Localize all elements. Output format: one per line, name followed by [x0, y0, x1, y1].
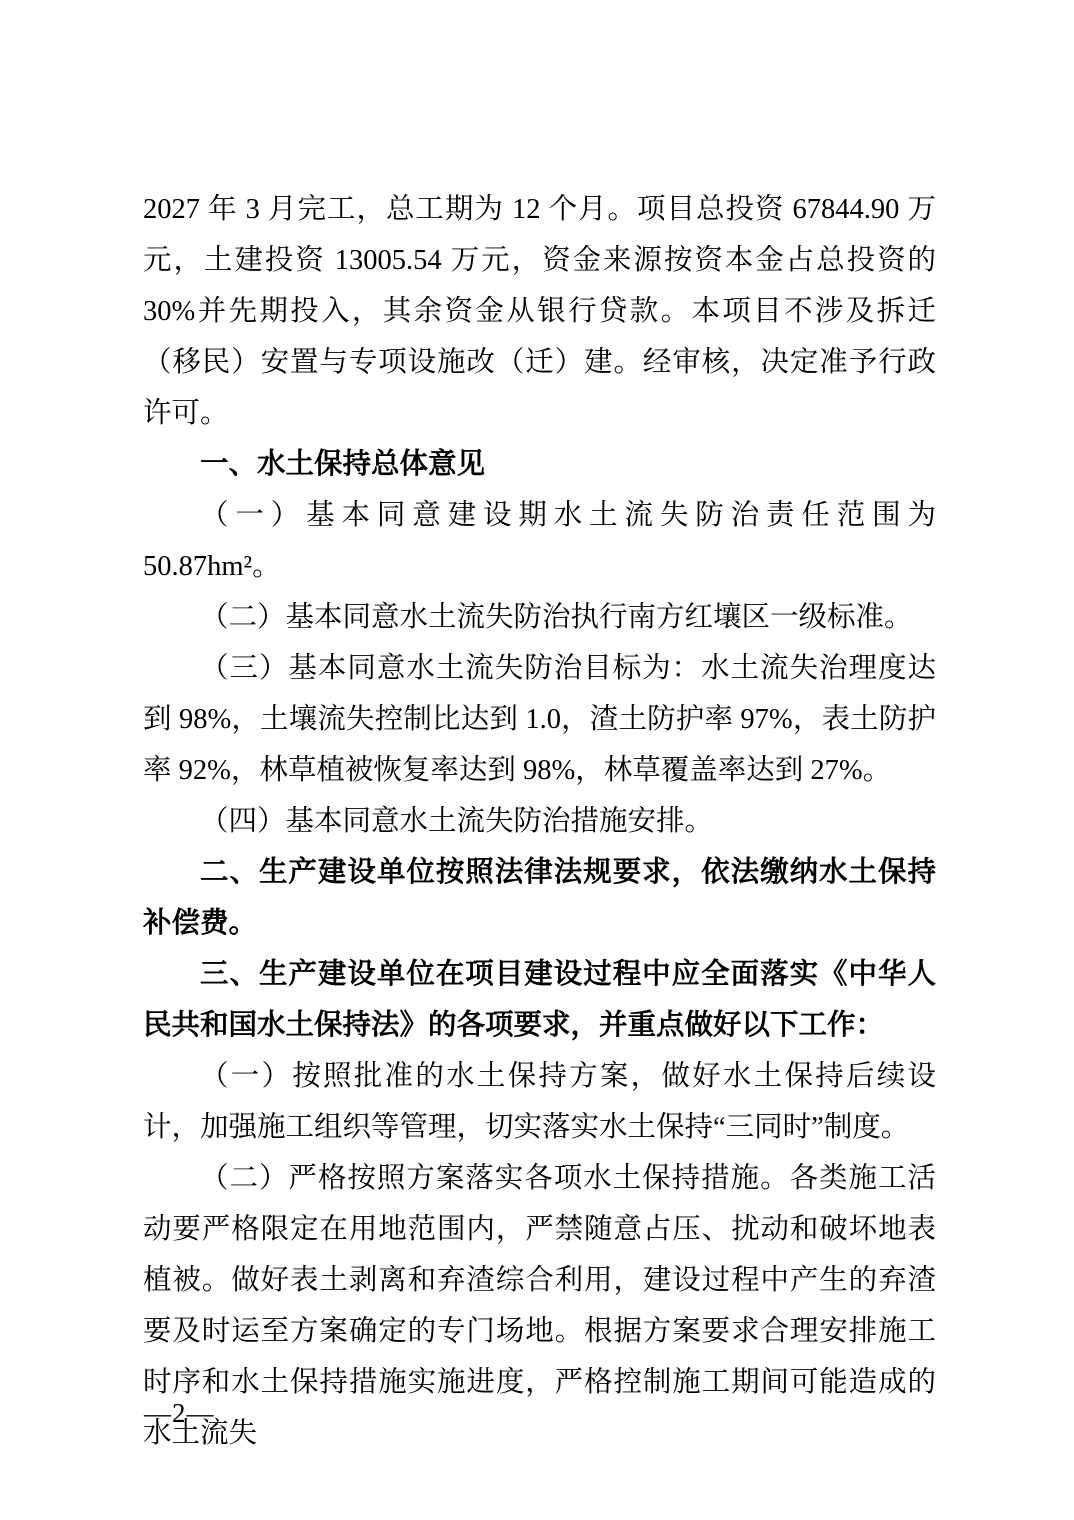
paragraph-item-3-2: （二）严格按照方案落实各项水土保持措施。各类施工活动要严格限定在用地范围内，严禁… [143, 1153, 936, 1459]
paragraph-item-3-1: （一）按照批准的水土保持方案，做好水土保持后续设计，加强施工组织等管理，切实落实… [143, 1051, 936, 1153]
section-heading-3: 三、生产建设单位在项目建设过程中应全面落实《中华人民共和国水土保持法》的各项要求… [143, 949, 936, 1051]
section-heading-2: 二、生产建设单位按照法律法规要求，依法缴纳水土保持补偿费。 [143, 847, 936, 949]
document-body: 2027 年 3 月完工，总工期为 12 个月。项目总投资 67844.90 万… [143, 184, 936, 1459]
paragraph-item-1-4: （四）基本同意水土流失防治措施安排。 [143, 796, 936, 847]
paragraph-item-1-1: （一）基本同意建设期水土流失防治责任范围为 50.87hm²。 [143, 490, 936, 592]
page-number: —2— [144, 1398, 215, 1429]
paragraph-item-1-2: （二）基本同意水土流失防治执行南方红壤区一级标准。 [143, 592, 936, 643]
section-heading-1: 一、水土保持总体意见 [143, 439, 936, 490]
paragraph-continuation: 2027 年 3 月完工，总工期为 12 个月。项目总投资 67844.90 万… [143, 184, 936, 439]
document-page: 2027 年 3 月完工，总工期为 12 个月。项目总投资 67844.90 万… [0, 0, 1074, 1520]
paragraph-item-1-3: （三）基本同意水土流失防治目标为：水土流失治理度达到 98%，土壤流失控制比达到… [143, 643, 936, 796]
